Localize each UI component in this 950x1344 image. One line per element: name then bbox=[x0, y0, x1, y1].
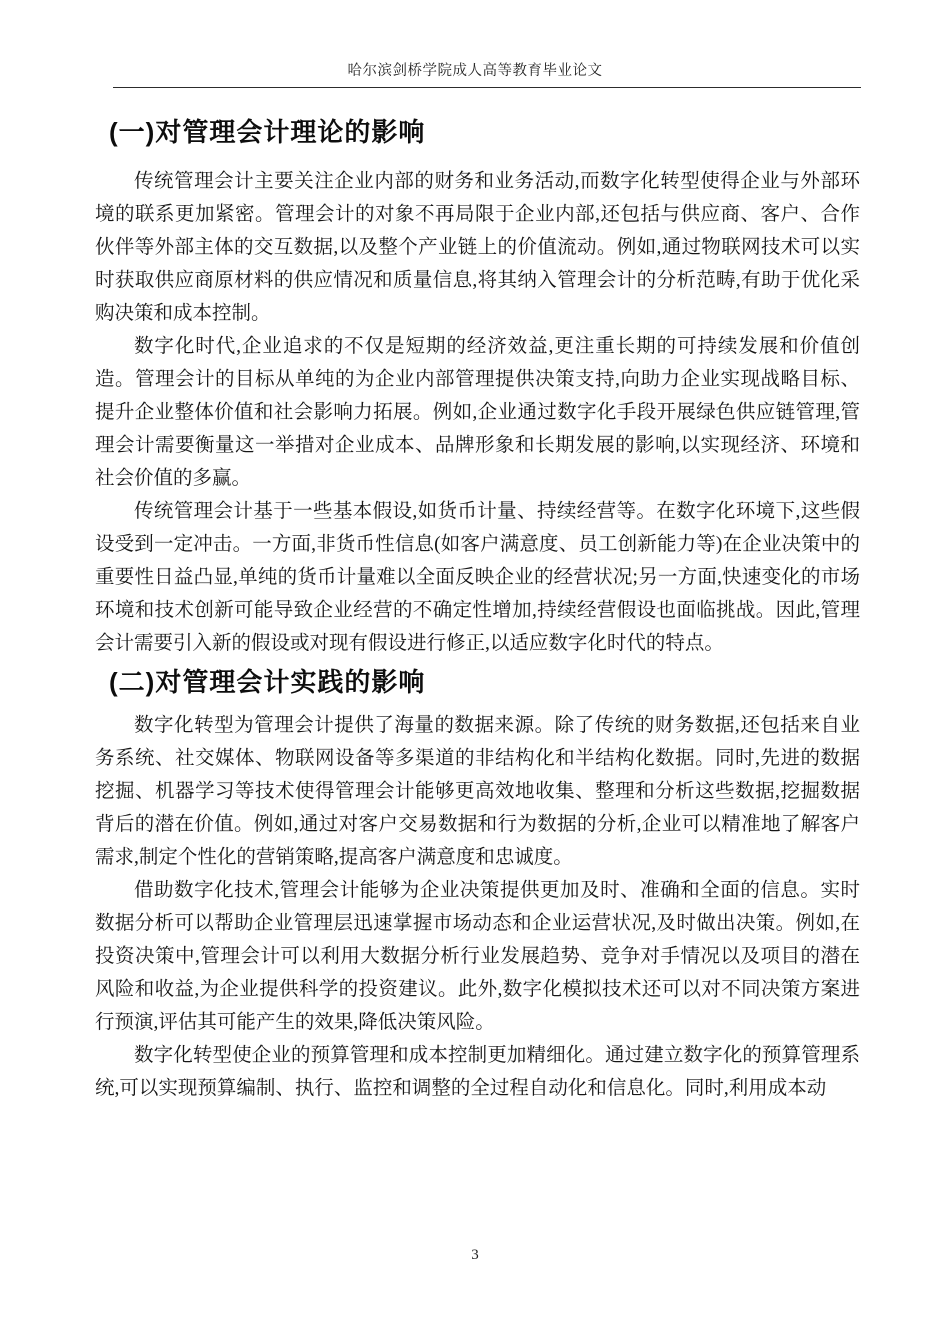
document-body: (一)对管理会计理论的影响 传统管理会计主要关注企业内部的财务和业务活动,而数字… bbox=[95, 112, 860, 1105]
paragraph-theory-1: 传统管理会计主要关注企业内部的财务和业务活动,而数字化转型使得企业与外部环境的联… bbox=[95, 165, 860, 330]
paragraph-theory-3: 传统管理会计基于一些基本假设,如货币计量、持续经营等。在数字化环境下,这些假设受… bbox=[95, 495, 860, 660]
document-page: 哈尔滨剑桥学院成人高等教育毕业论文 (一)对管理会计理论的影响 传统管理会计主要… bbox=[0, 0, 950, 1344]
page-header-title: 哈尔滨剑桥学院成人高等教育毕业论文 bbox=[0, 61, 950, 81]
page-number: 3 bbox=[0, 1247, 950, 1264]
paragraph-practice-3: 数字化转型使企业的预算管理和成本控制更加精细化。通过建立数字化的预算管理系统,可… bbox=[95, 1039, 860, 1105]
paragraph-theory-2: 数字化时代,企业追求的不仅是短期的经济效益,更注重长期的可持续发展和价值创造。管… bbox=[95, 330, 860, 495]
header-divider bbox=[113, 87, 861, 88]
section-heading-practice: (二)对管理会计实践的影响 bbox=[109, 662, 860, 702]
section-heading-theory: (一)对管理会计理论的影响 bbox=[109, 112, 860, 152]
paragraph-practice-2: 借助数字化技术,管理会计能够为企业决策提供更加及时、准确和全面的信息。实时数据分… bbox=[95, 874, 860, 1039]
paragraph-practice-1: 数字化转型为管理会计提供了海量的数据来源。除了传统的财务数据,还包括来自业务系统… bbox=[95, 709, 860, 874]
